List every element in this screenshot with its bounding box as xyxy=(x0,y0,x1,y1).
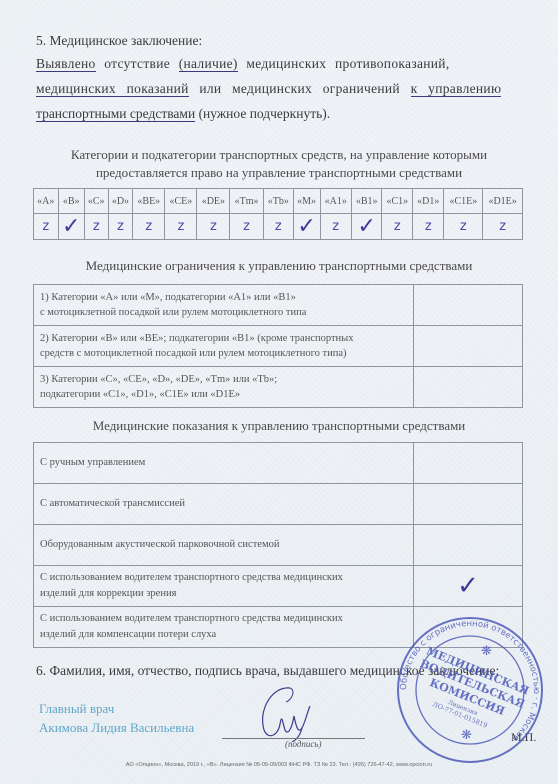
limitation-row: 3) Категории «C», «CE», «D», «DE», «Tm» … xyxy=(34,367,523,408)
conclusion-paragraph: Выявлено отсутствие (наличие) медицински… xyxy=(36,56,522,136)
categories-title-1: Категории и подкатегории транспортных ср… xyxy=(0,147,558,163)
indication-row: С ручным управлением xyxy=(34,443,523,484)
category-label: «C» xyxy=(84,189,108,214)
categories-table: «A»«B»«C»«D»«BE»«CE»«DE»«Tm»«Tb»«M»«A1»«… xyxy=(33,188,523,240)
category-label: «A» xyxy=(34,189,59,214)
category-z-mark: z xyxy=(84,214,108,240)
limitations-title: Медицинские ограничения к управлению тра… xyxy=(0,258,558,274)
category-label: «M» xyxy=(293,189,320,214)
category-z-mark: z xyxy=(320,214,351,240)
indication-row-text: С ручным управлением xyxy=(34,443,414,484)
category-label: «Tm» xyxy=(230,189,264,214)
indication-row-text: С использованием водителем транспортного… xyxy=(34,566,414,607)
text-contraindications: медицинских противопоказаний, xyxy=(238,56,450,71)
limitation-row: 2) Категории «B» или «BE»; подкатегории … xyxy=(34,326,523,367)
category-label: «D1E» xyxy=(483,189,523,214)
indication-row-text: С использованием водителем транспортного… xyxy=(34,607,414,648)
category-label: «C1E» xyxy=(444,189,483,214)
category-z-mark: z xyxy=(230,214,264,240)
indication-row: С использованием водителем транспортного… xyxy=(34,566,523,607)
text-limitations: или медицинских ограничений xyxy=(189,81,411,96)
category-z-mark: z xyxy=(444,214,483,240)
category-z-mark: z xyxy=(413,214,444,240)
categories-mark-row: z✓zzzzzzz✓z✓zzzz xyxy=(34,214,523,240)
category-label: «DE» xyxy=(197,189,230,214)
indication-row: С автоматической трансмиссией xyxy=(34,484,523,525)
category-check-mark: ✓ xyxy=(293,214,320,240)
category-label: «BE» xyxy=(133,189,165,214)
category-label: «D» xyxy=(108,189,133,214)
category-label: «CE» xyxy=(165,189,197,214)
limitation-row-value xyxy=(414,326,523,367)
text-absence: отсутствие xyxy=(96,56,179,71)
category-z-mark: z xyxy=(263,214,293,240)
underlined-indications: медицинских показаний xyxy=(36,81,189,97)
underlined-presence: (наличие) xyxy=(179,56,238,72)
limitation-row-text: 3) Категории «C», «CE», «D», «DE», «Tm» … xyxy=(34,367,414,408)
limitation-row-value xyxy=(414,367,523,408)
indication-row-text: С автоматической трансмиссией xyxy=(34,484,414,525)
categories-title-2: предоставляется право на управление тран… xyxy=(0,165,558,181)
snowflake-icon: ❋ xyxy=(481,643,492,658)
signature-caption: (подпись) xyxy=(285,739,322,749)
category-check-mark: ✓ xyxy=(351,214,382,240)
category-z-mark: z xyxy=(197,214,230,240)
limitations-table: 1) Категории «A» или «M», подкатегории «… xyxy=(33,284,523,408)
underlined-to-driving: к управлению xyxy=(411,81,502,97)
indication-row-text: Оборудованным акустической парковочной с… xyxy=(34,525,414,566)
category-z-mark: z xyxy=(108,214,133,240)
category-check-mark: ✓ xyxy=(58,214,84,240)
category-z-mark: z xyxy=(382,214,413,240)
indication-row-value xyxy=(414,525,523,566)
indications-title: Медицинские показания к управлению транс… xyxy=(0,418,558,434)
indication-row-value xyxy=(414,484,523,525)
category-label: «C1» xyxy=(382,189,413,214)
snowflake-icon: ❋ xyxy=(461,727,472,742)
conclusion-line-1: Выявлено отсутствие (наличие) медицински… xyxy=(36,56,450,72)
indication-row: Оборудованным акустической парковочной с… xyxy=(34,525,523,566)
doctor-name: Акимова Лидия Васильевна xyxy=(39,720,194,736)
category-label: «Tb» xyxy=(263,189,293,214)
conclusion-line-3: транспортными средствами (нужное подчерк… xyxy=(36,106,330,122)
commission-stamp: Общество с ограниченной ответственностью… xyxy=(395,615,545,765)
limitation-row-text: 1) Категории «A» или «M», подкатегории «… xyxy=(34,285,414,326)
underlined-detected: Выявлено xyxy=(36,56,96,72)
category-z-mark: z xyxy=(133,214,165,240)
category-z-mark: z xyxy=(483,214,523,240)
categories-label-row: «A»«B»«C»«D»«BE»«CE»«DE»«Tm»«Tb»«M»«A1»«… xyxy=(34,189,523,214)
underlined-vehicles: транспортными средствами xyxy=(36,106,195,122)
category-label: «D1» xyxy=(413,189,444,214)
category-label: «B» xyxy=(58,189,84,214)
doctor-role: Главный врач xyxy=(39,701,114,717)
section5-title: 5. Медицинское заключение: xyxy=(36,33,202,49)
category-z-mark: z xyxy=(165,214,197,240)
limitation-row: 1) Категории «A» или «M», подкатегории «… xyxy=(34,285,523,326)
doctor-signature xyxy=(252,680,322,742)
category-z-mark: z xyxy=(34,214,59,240)
category-label: «B1» xyxy=(351,189,382,214)
check-mark: ✓ xyxy=(414,566,523,607)
indication-row-value xyxy=(414,443,523,484)
limitation-row-text: 2) Категории «B» или «BE»; подкатегории … xyxy=(34,326,414,367)
printer-footer: АО «Опцион», Москва, 2019 г., «В». Лицен… xyxy=(0,762,558,768)
conclusion-line-2: медицинских показаний или медицинских ог… xyxy=(36,81,501,97)
text-underline-note: (нужное подчеркнуть). xyxy=(195,106,330,121)
category-label: «A1» xyxy=(320,189,351,214)
limitation-row-value xyxy=(414,285,523,326)
